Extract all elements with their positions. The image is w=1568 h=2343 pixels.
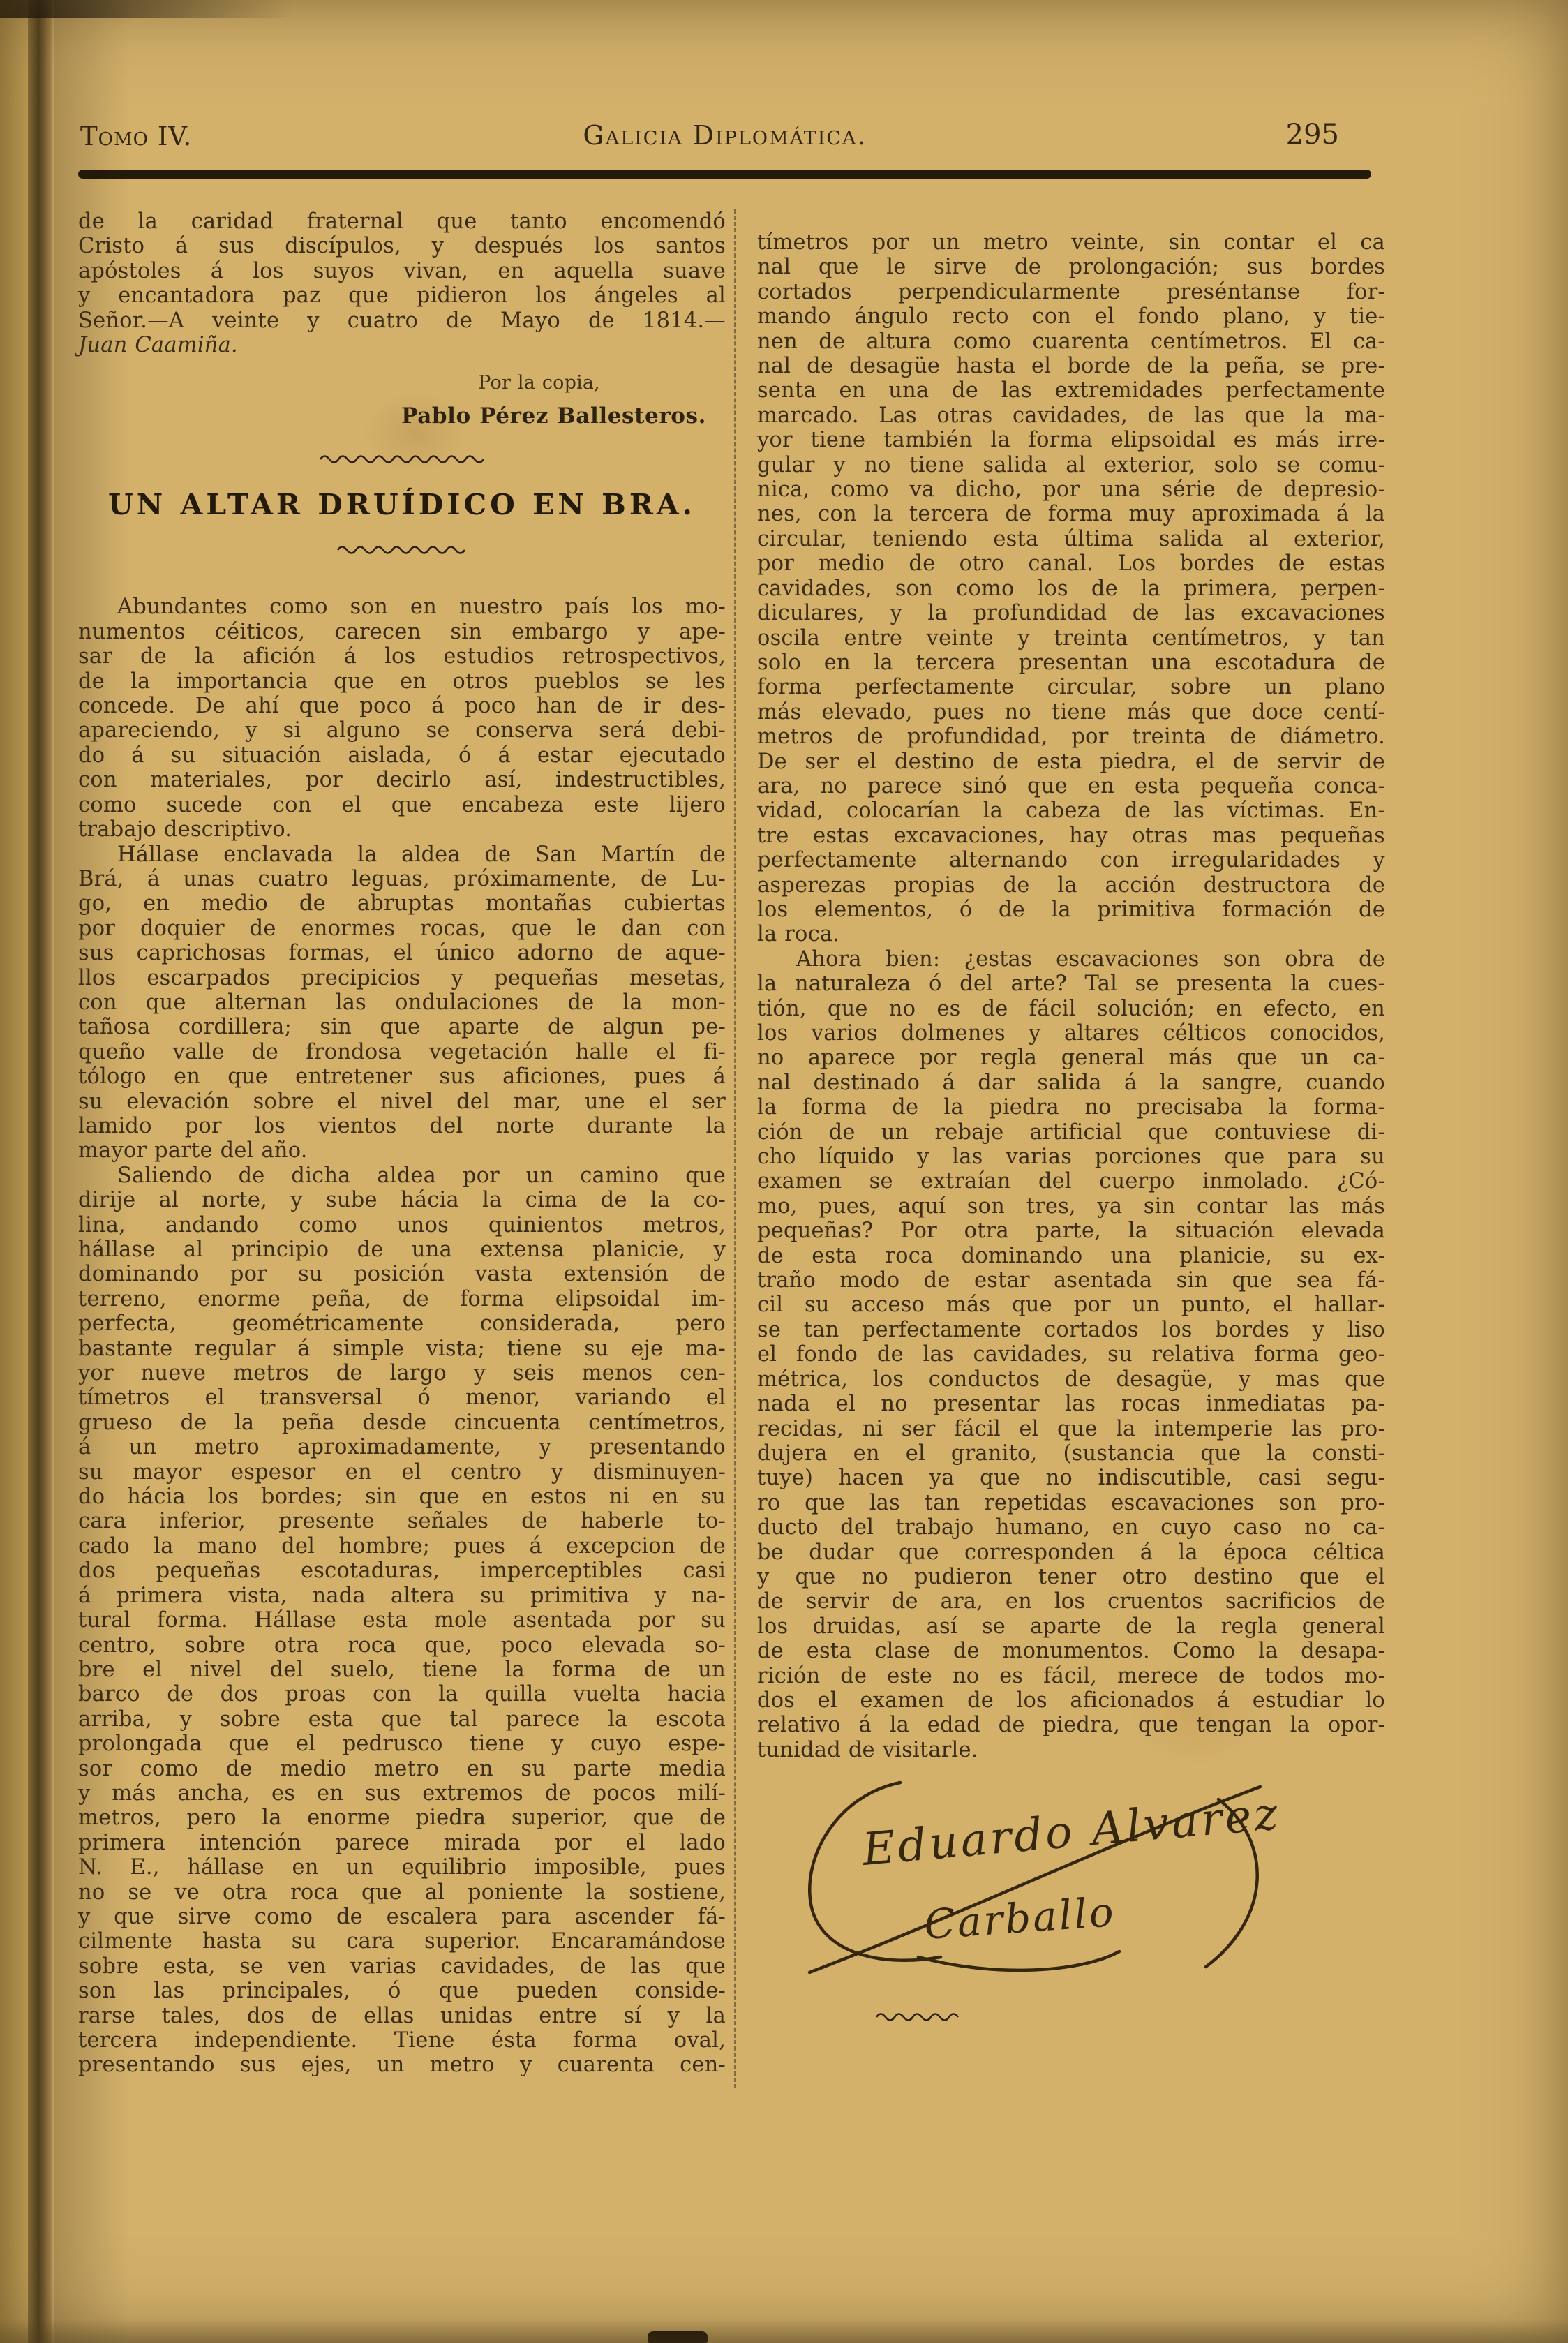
left-column: de la caridad fraternal que tanto encome… <box>78 209 726 2078</box>
text-line: Señor.—A veinte y cuatro de Mayo de 1814… <box>78 308 726 333</box>
handwritten-signature: Eduardo Alvarez Carballo <box>789 1759 1291 1989</box>
page-number: 295 <box>1286 119 1339 151</box>
page-edge-mark <box>648 2331 708 2343</box>
text-line: presentando sus ejes, un metro y cuarent… <box>78 2053 726 2077</box>
text-line: cil su acceso más que por un punto, el h… <box>757 1293 1385 1317</box>
text-line: cara inferior, presente señales de haber… <box>78 1509 726 1533</box>
text-line: grueso de la peña desde cincuenta centím… <box>78 1411 726 1435</box>
text-line: gular y no tiene salida al exterior, sol… <box>757 453 1385 477</box>
text-line: dujera en el granito, (sustancia que la … <box>757 1441 1385 1466</box>
text-line: apóstoles á los suyos vivan, en aquella … <box>78 259 726 283</box>
text-line: dos el examen de los aficionados á estud… <box>757 1688 1385 1713</box>
text-line: por doquier de enormes rocas, que le dan… <box>78 916 726 941</box>
wavy-line <box>876 2014 958 2021</box>
text-line: lina, andando como unos quinientos metro… <box>78 1213 726 1237</box>
paragraph: Abundantes como son en nuestro país los … <box>78 595 726 842</box>
text-line: pequeñas? Por otra parte, la situación e… <box>757 1219 1385 1243</box>
text-line: ro que las tan repetidas escavaciones so… <box>757 1491 1385 1515</box>
scan-dark-corner <box>0 0 293 18</box>
text-line: son las principales, ó que pueden consid… <box>78 1979 726 2003</box>
wavy-line <box>320 456 484 463</box>
text-line: tercera independiente. Tiene ésta forma … <box>78 2028 726 2053</box>
text-line: de esta clase de monumentos. Como la des… <box>757 1639 1385 1663</box>
text-line: cilmente hasta su cara superior. Encaram… <box>78 1929 726 1954</box>
copy-credit-label: Por la copia, <box>78 373 726 394</box>
text-line: Abundantes como son en nuestro país los … <box>78 595 726 619</box>
right-column: tímetros por un metro veinte, sin contar… <box>757 230 1385 1762</box>
header-rule <box>78 170 1371 179</box>
text-line: arriba, y sobre esta que tal parece la e… <box>78 1707 726 1732</box>
text-line: solo en la tercera presentan una escotad… <box>757 650 1385 675</box>
text-line: rarse tales, dos de ellas unidas entre s… <box>78 2004 726 2028</box>
text-line: cavidades, son como los de la primera, p… <box>757 577 1385 601</box>
text-line: oscila entre veinte y treinta centímetro… <box>757 626 1385 650</box>
text-line: tural forma. Hállase esta mole asentada … <box>78 1608 726 1632</box>
text-line: yor nueve metros de largo y seis menos c… <box>78 1361 726 1385</box>
text-line: y encantadora paz que pidieron los ángel… <box>78 283 726 308</box>
text-line: primera intención parece mirada por el l… <box>78 1831 726 1855</box>
text-line: traño modo de estar asentada sin que sea… <box>757 1268 1385 1293</box>
text-line: la roca. <box>757 922 1385 946</box>
text-line: yor tiene también la forma elipsoidal es… <box>757 428 1385 452</box>
text-line: tímetros por un metro veinte, sin contar… <box>757 230 1385 255</box>
signature-flourish <box>918 1951 1119 1970</box>
paragraph: de la caridad fraternal que tanto encome… <box>78 209 726 357</box>
text-line: recidas, ni ser fácil el que la intemper… <box>757 1417 1385 1441</box>
text-line: y más ancha, es en sus extremos de pocos… <box>78 1781 726 1806</box>
text-line: como sucede con el que encabeza este lij… <box>78 793 726 817</box>
text-line: mo, pues, aquí son tres, ya sin contar l… <box>757 1194 1385 1219</box>
text-line: De ser el destino de esta piedra, el de … <box>757 750 1385 774</box>
text-line: por medio de otro canal. Los bordes de e… <box>757 551 1385 576</box>
text-line: de la importancia que en otros pueblos s… <box>78 669 726 694</box>
text-line: á primera vista, nada altera su primitiv… <box>78 1584 726 1608</box>
text-line: senta en una de las extremidades perfect… <box>757 378 1385 403</box>
copyist-name: Pablo Pérez Ballesteros. <box>78 403 726 429</box>
text-line: sobre esta, se ven varias cavidades, de … <box>78 1954 726 1979</box>
text-line: tre estas excavaciones, hay otras mas pe… <box>757 824 1385 848</box>
paragraph: Saliendo de dicha aldea por un camino qu… <box>78 1163 726 2078</box>
text-line: ción de un rebaje artificial que contuvi… <box>757 1120 1385 1145</box>
text-line: Cristo á sus discípulos, y después los s… <box>78 234 726 258</box>
wavy-divider <box>318 454 486 463</box>
text-line: sar de la afición á los estudios retrosp… <box>78 644 726 669</box>
paragraph: tímetros por un metro veinte, sin contar… <box>757 230 1385 947</box>
wavy-line <box>338 547 465 553</box>
text-line: mayor parte del año. <box>78 1138 726 1163</box>
text-line: vidad, colocarían la cabeza de las vícti… <box>757 798 1385 823</box>
text-line: Hállase enclavada la aldea de San Martín… <box>78 842 726 867</box>
signature-name-line2: Carballo <box>923 1888 1117 1949</box>
text-line: de esta roca dominando una planicie, su … <box>757 1244 1385 1268</box>
text-line: examen se extraían del cuerpo inmolado. … <box>757 1169 1385 1193</box>
text-line: trabajo descriptivo. <box>78 817 726 842</box>
text-line: tímetros el transversal ó menor, variand… <box>78 1385 726 1410</box>
text-line: hállase al principio de una extensa plan… <box>78 1237 726 1262</box>
article-body-left: Abundantes como son en nuestro país los … <box>78 595 726 2077</box>
text-line: circular, teniendo esta última salida al… <box>757 527 1385 551</box>
text-line: apareciendo, y si alguno se conserva ser… <box>78 718 726 743</box>
text-line: los druidas, así se aparte de la regla g… <box>757 1614 1385 1639</box>
text-line: de servir de ara, en los cruentos sacrif… <box>757 1589 1385 1614</box>
text-line: ducto del trabajo humano, en cuyo caso n… <box>757 1515 1385 1540</box>
text-line: perfecta, geométricamente considerada, p… <box>78 1311 726 1336</box>
text-line: con que alternan las ondulaciones de la … <box>78 990 726 1015</box>
text-line: nes, con la tercera de forma muy aproxim… <box>757 502 1385 526</box>
text-line: más elevado, pues no tiene más que doce … <box>757 700 1385 724</box>
wavy-divider <box>336 544 468 554</box>
paragraph: Hállase enclavada la aldea de San Martín… <box>78 842 726 1163</box>
page-header: Tomo IV. Galicia Diplomática. 295 <box>79 119 1371 155</box>
text-line: asperezas propias de la acción destructo… <box>757 873 1385 898</box>
text-line: se tan perfectamente cortados los bordes… <box>757 1318 1385 1342</box>
text-line: nal de desagüe hasta el borde de la peña… <box>757 354 1385 378</box>
text-line: numentos céiticos, carecen sin embargo y… <box>78 620 726 644</box>
article-title: UN ALTAR DRUÍDICO EN BRA. <box>78 487 726 522</box>
text-line: bastante regular á simple vista; tiene s… <box>78 1337 726 1361</box>
text-line: Brá, á unas cuatro leguas, próximamente,… <box>78 867 726 891</box>
text-line: nen de altura como cuarenta centímetros.… <box>757 329 1385 354</box>
text-line: Ahora bien: ¿estas escavaciones son obra… <box>757 947 1385 972</box>
text-line: nal destinado á dar salida á la sangre, … <box>757 1071 1385 1095</box>
article-body-right: tímetros por un metro veinte, sin contar… <box>757 230 1385 1762</box>
text-line: su mayor espesor en el centro y disminuy… <box>78 1460 726 1485</box>
text-line: sor como de medio metro en su parte medi… <box>78 1757 726 1781</box>
text-line: no aparece por regla general más que un … <box>757 1046 1385 1070</box>
text-line: diculares, y la profundidad de las excav… <box>757 601 1385 625</box>
text-line: llos escarpados precipicios y pequeñas m… <box>78 966 726 990</box>
text-line: y que sirve como de escalera para ascend… <box>78 1905 726 1929</box>
text-line: su elevación sobre el nivel del mar, une… <box>78 1089 726 1114</box>
text-line: cho líquido y las varias porciones que p… <box>757 1145 1385 1169</box>
text-line: métrica, los conductos de desagüe, y mas… <box>757 1367 1385 1392</box>
text-line: Juan Caamiña. <box>78 333 726 357</box>
text-line: de la caridad fraternal que tanto encome… <box>78 209 726 234</box>
binding-crease <box>28 0 54 2343</box>
text-line: dos pequeñas escotaduras, imperceptibles… <box>78 1559 726 1583</box>
text-line: los elementos, ó de la primitiva formaci… <box>757 898 1385 922</box>
scan-bottom-shadow <box>0 2319 1568 2343</box>
text-line: nal que le sirve de prolongación; sus bo… <box>757 255 1385 279</box>
text-line: relativo á la edad de piedra, que tengan… <box>757 1713 1385 1737</box>
text-line: do á su situación aislada, ó á estar eje… <box>78 743 726 768</box>
intro-paragraph: de la caridad fraternal que tanto encome… <box>78 209 726 357</box>
text-line: metros, pero la enorme piedra superior, … <box>78 1806 726 1830</box>
text-line: perfectamente alternando con irregularid… <box>757 848 1385 872</box>
text-line: tañosa cordillera; sin que aparte de alg… <box>78 1015 726 1039</box>
text-line: sus caprichosas formas, el único adorno … <box>78 941 726 965</box>
text-line: concede. De ahí que poco á poco han de i… <box>78 694 726 718</box>
text-line: rición de este no es fácil, merece de to… <box>757 1664 1385 1688</box>
text-line: no se ve otra roca que al poniente la so… <box>78 1880 726 1905</box>
text-line: barco de dos proas con la quilla vuelta … <box>78 1682 726 1706</box>
text-line: terreno, enorme peña, de forma elipsoida… <box>78 1287 726 1311</box>
text-line: marcado. Las otras cavidades, de las que… <box>757 403 1385 428</box>
text-line: N. E., hállase en un equilibrio imposibl… <box>78 1855 726 1880</box>
text-line: cado la mano del hombre; pues á excepcio… <box>78 1534 726 1559</box>
text-line: nada el no presentar las rocas inmediata… <box>757 1392 1385 1416</box>
text-line: la forma de la piedra no precisaba la fo… <box>757 1095 1385 1120</box>
text-line: cortados perpendicularmente preséntanse … <box>757 280 1385 304</box>
text-line: á un metro aproximadamente, y presentand… <box>78 1435 726 1459</box>
text-line: do hácia los bordes; sin que en estos ni… <box>78 1485 726 1509</box>
text-line: queño valle de frondosa vegetación halle… <box>78 1040 726 1064</box>
paragraph: Ahora bien: ¿estas escavaciones son obra… <box>757 947 1385 1762</box>
text-line: dominando por su posición vasta extensió… <box>78 1262 726 1286</box>
text-line: be dudar que corresponden á la época cél… <box>757 1540 1385 1565</box>
text-line: dirije al norte, y sube hácia la cima de… <box>78 1188 726 1212</box>
text-line: el fondo de las cavidades, su relativa f… <box>757 1342 1385 1367</box>
text-line: mando ángulo recto con el fondo plano, y… <box>757 304 1385 329</box>
text-line: go, en medio de abruptas montañas cubier… <box>78 891 726 916</box>
text-line: lamido por los vientos del norte durante… <box>78 1114 726 1138</box>
text-line: tuye) hacen ya que no indiscutible, casi… <box>757 1466 1385 1490</box>
text-line: metros de profundidad, por treinta de di… <box>757 724 1385 749</box>
journal-title: Galicia Diplomática. <box>79 120 1371 151</box>
text-line: tólogo en que entretener sus aficiones, … <box>78 1064 726 1089</box>
text-line: prolongada que el pedrusco tiene y cuyo … <box>78 1732 726 1756</box>
text-line: ara, no parece sinó que en esta pequeña … <box>757 774 1385 798</box>
text-line: la naturaleza ó del arte? Tal se present… <box>757 972 1385 996</box>
text-line: centro, sobre otra roca que, poco elevad… <box>78 1633 726 1658</box>
text-line: los varios dolmenes y altares célticos c… <box>757 1021 1385 1046</box>
wavy-divider <box>874 2011 966 2021</box>
text-line: y que no pudieron tener otro destino que… <box>757 1565 1385 1589</box>
text-line: con materiales, por decirlo así, indestr… <box>78 768 726 792</box>
previous-page-edge <box>0 0 28 2343</box>
text-line: forma perfectamente circular, sobre un p… <box>757 675 1385 699</box>
column-divider-rule <box>734 209 736 2088</box>
text-line: Saliendo de dicha aldea por un camino qu… <box>78 1163 726 1188</box>
text-line: bre el nivel del suelo, tiene la forma d… <box>78 1658 726 1682</box>
text-line: tión, que no es de fácil solución; en ef… <box>757 997 1385 1021</box>
text-line: nica, como va dicho, por una série de de… <box>757 477 1385 502</box>
